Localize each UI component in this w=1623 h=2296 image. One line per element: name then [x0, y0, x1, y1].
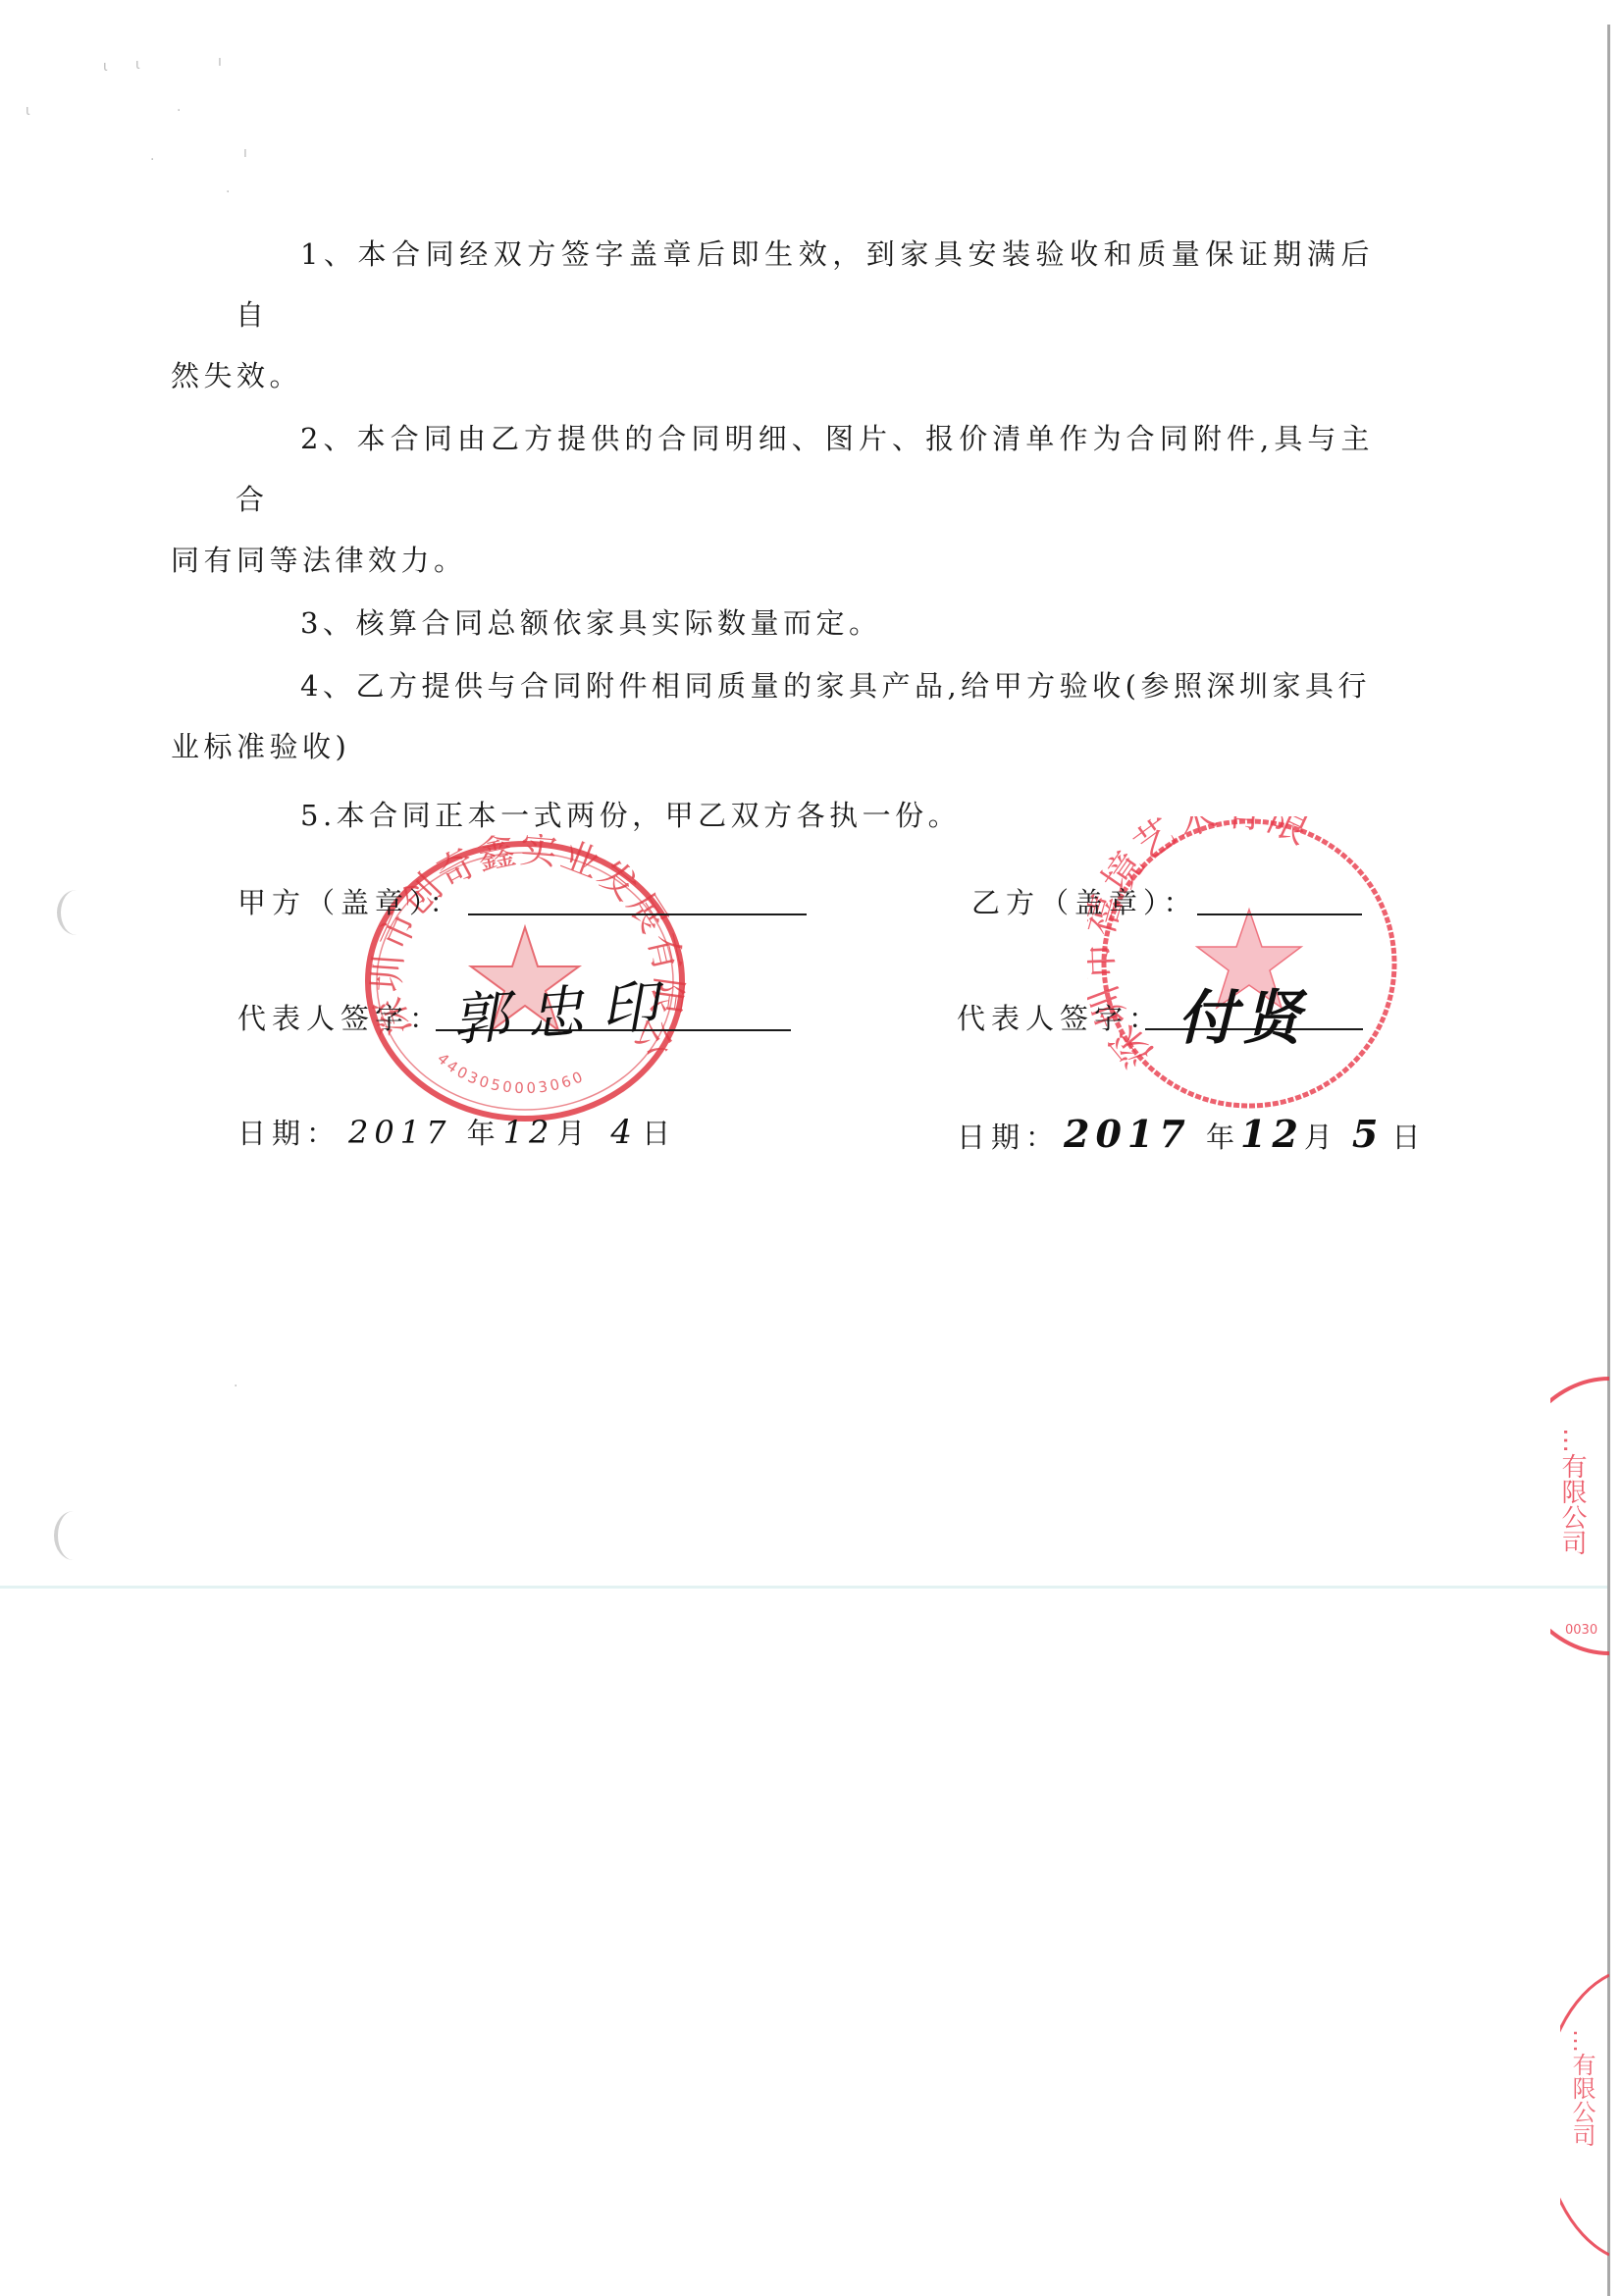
punch-hole-mark [54, 1511, 93, 1560]
date-label: 日期： [957, 1121, 1060, 1154]
party-b-date: 日期：2017 年12月5日 [957, 1112, 1426, 1156]
date-month: 12 [503, 1114, 555, 1151]
party-b-signature: 付贤 [1178, 971, 1307, 1056]
edge-seal-stamp: …有限公司 [1560, 1970, 1609, 2265]
date-month: 12 [1240, 1112, 1304, 1156]
date-label: 日期： [237, 1117, 340, 1150]
party-a-rep-label: 代表人签字： [237, 997, 444, 1037]
date-year: 2017 [348, 1114, 451, 1151]
punch-hole-mark [57, 890, 96, 935]
party-a-seal-line [468, 913, 807, 915]
date-day: 4 [610, 1113, 638, 1152]
date-day: 5 [1352, 1112, 1384, 1156]
clause-5: 5.本合同正本一式两份，甲乙双方各执一份。 [236, 785, 1374, 846]
party-b-rep-label: 代表人签字： [957, 997, 1163, 1037]
party-b-seal-stamp: 深圳市禧境艺术有限公司 [1087, 816, 1401, 1121]
edge-seal-stamp: …有限公司 0030 [1550, 1369, 1609, 1663]
party-a-seal-label: 甲方（盖章）： [237, 881, 464, 921]
svg-text:4403050003060: 4403050003060 [434, 1050, 588, 1097]
contract-page: ι ι ı ι · ı · · · 1、本合同经双方签字盖章后即生效，到家具安装… [0, 0, 1623, 2296]
svg-text:0030: 0030 [1565, 1623, 1597, 1638]
clause-4: 4、乙方提供与合同附件相同质量的家具产品,给甲方验收(参照深圳家具行业标准验收) [236, 655, 1374, 777]
date-year: 2017 [1064, 1112, 1191, 1156]
clause-3: 3、核算合同总额依家具实际数量而定。 [236, 593, 1374, 653]
svg-text:…有限公司: …有限公司 [1568, 2029, 1596, 2147]
party-b-seal-label: 乙方（盖章）： [971, 881, 1198, 921]
clause-1: 1、本合同经双方签字盖章后即生效，到家具安装验收和质量保证期满后自然失效。 [236, 224, 1374, 406]
scan-seam [0, 1586, 1607, 1589]
scan-edge [1607, 25, 1610, 2296]
contract-clauses: 1、本合同经双方签字盖章后即生效，到家具安装验收和质量保证期满后自然失效。 2、… [236, 224, 1374, 846]
clause-2: 2、本合同由乙方提供的合同明细、图片、报价清单作为合同附件,具与主合同有同等法律… [236, 408, 1374, 591]
party-a-signature: 郭忠印 [448, 959, 677, 1057]
party-a-date: 日期：2017 年12月4日 [237, 1112, 676, 1152]
party-b-seal-line [1197, 913, 1362, 915]
svg-text:…有限公司: …有限公司 [1557, 1428, 1587, 1555]
